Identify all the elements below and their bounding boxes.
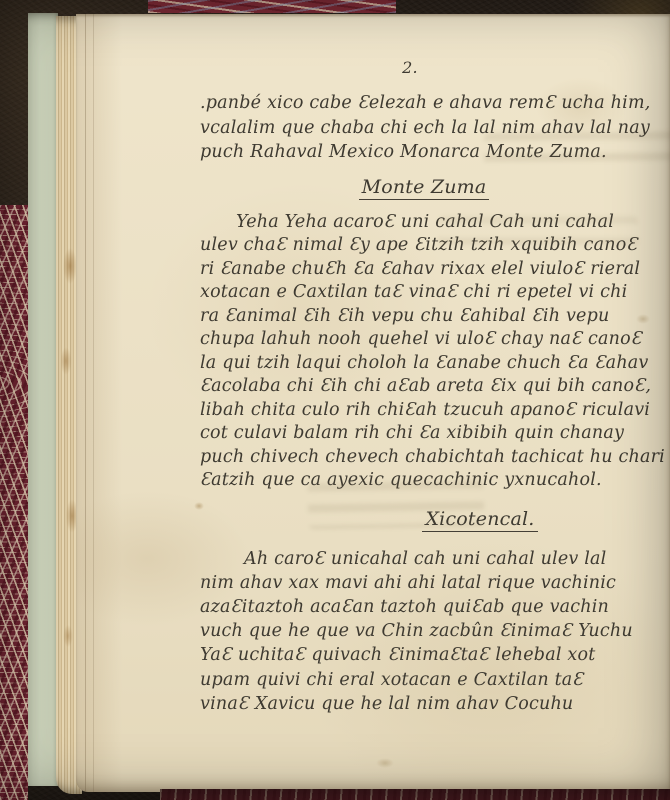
foxing-stain <box>376 758 394 768</box>
manuscript-line: ulev chaƐ nimal Ɛy ape Ɛitzih tzih xquib… <box>200 234 670 258</box>
manuscript-line: xotacan e Caxtilan taƐ vinaƐ chi ri epet… <box>200 281 670 305</box>
marbled-paper-left-edge <box>0 205 28 800</box>
manuscript-line: Ah caroƐ unicahal cah uni cahal ulev lal <box>200 547 670 571</box>
green-endpaper-edge <box>28 13 58 786</box>
manuscript-page: 2. .panbé xico cabe Ɛelezah e ahava remƐ… <box>76 14 670 792</box>
section-paragraph: Ah caroƐ unicahal cah uni cahal ulev lal… <box>200 547 670 716</box>
book-photo: 2. .panbé xico cabe Ɛelezah e ahava remƐ… <box>0 0 670 800</box>
manuscript-line: vuch que he que va Chin zacbûn ƐinimaƐ Y… <box>200 619 670 643</box>
marbled-paper-top-edge <box>148 0 396 13</box>
manuscript-line: chupa lahuh nooh quehel vi uloƐ chay naƐ… <box>200 328 670 352</box>
manuscript-line: azaƐitaztoh acaƐan taztoh quiƐab que vac… <box>200 595 670 619</box>
section-heading: Xicotencal. <box>422 508 537 532</box>
manuscript-line: ri Ɛanabe chuƐh Ɛa Ɛahav rixax elel viul… <box>200 258 670 282</box>
manuscript-line: ra Ɛanimal Ɛih Ɛih vepu chu Ɛahibal Ɛih … <box>200 305 670 329</box>
manuscript-line: vinaƐ Xavicu que he lal nim ahav Cocuhu <box>200 692 670 716</box>
manuscript-line: puch Rahaval Mexico Monarca Monte Zuma. <box>200 140 670 165</box>
manuscript-line: nim ahav xax mavi ahi ahi latal rique va… <box>200 571 670 595</box>
manuscript-line: Ɛatzih que ca ayexic quecachinic yxnucah… <box>200 469 670 493</box>
manuscript-line: YaƐ uchitaƐ quivach ƐinimaƐtaƐ lehebal x… <box>200 643 670 667</box>
section-heading: Monte Zuma <box>359 176 490 200</box>
marbled-paper-bottom-edge <box>160 789 670 800</box>
manuscript-line: upam quivi chi eral xotacan e Caxtilan t… <box>200 668 670 692</box>
section-paragraph: Yeha Yeha acaroƐ uni cahal Cah uni cahal… <box>200 211 670 493</box>
manuscript-text-column: 2. .panbé xico cabe Ɛelezah e ahava remƐ… <box>200 58 670 716</box>
manuscript-line: la qui tzih laqui choloh la Ɛanabe chuch… <box>200 352 670 376</box>
manuscript-line: cot culavi balam rih chi Ɛa xibibih quin… <box>200 422 670 446</box>
manuscript-line: libah chita culo rih chiƐah tzucuh apano… <box>200 399 670 423</box>
manuscript-line: Ɛacolaba chi Ɛih chi aƐab areta Ɛix qui … <box>200 375 670 399</box>
manuscript-line: Yeha Yeha acaroƐ uni cahal Cah uni cahal <box>200 211 670 235</box>
manuscript-line: vcalalim que chaba chi ech la lal nim ah… <box>200 116 670 141</box>
page-number: 2. <box>174 58 646 77</box>
manuscript-line: .panbé xico cabe Ɛelezah e ahava remƐ uc… <box>200 91 670 116</box>
intro-paragraph: .panbé xico cabe Ɛelezah e ahava remƐ uc… <box>200 91 670 165</box>
manuscript-line: puch chivech chevech chabichtah tachicat… <box>200 446 670 470</box>
